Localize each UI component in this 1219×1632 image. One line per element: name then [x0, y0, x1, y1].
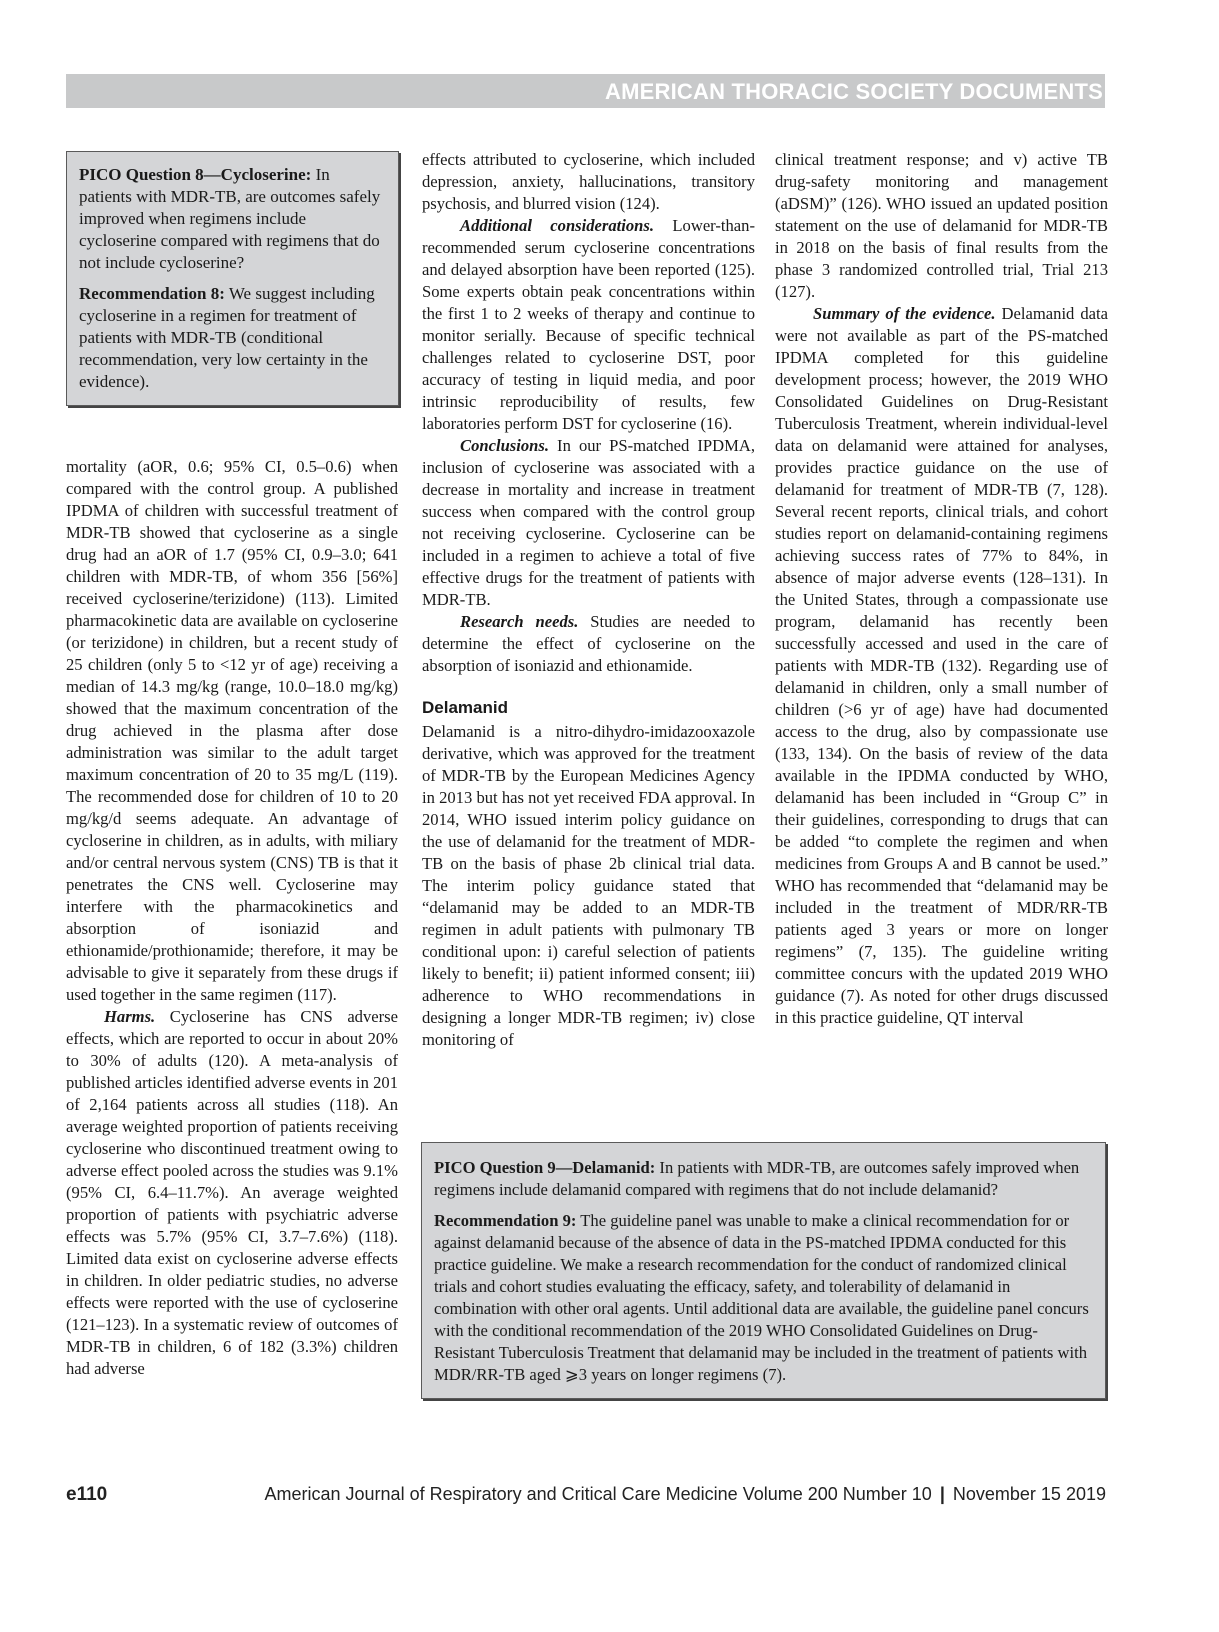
- research-needs-paragraph: Research needs. Studies are needed to de…: [422, 611, 755, 677]
- col1-paragraph-1: mortality (aOR, 0.6; 95% CI, 0.5–0.6) wh…: [66, 456, 398, 1006]
- harms-paragraph: Harms. Cycloserine has CNS adverse effec…: [66, 1006, 398, 1380]
- journal-name: American Journal of Respiratory and Crit…: [265, 1484, 932, 1504]
- column-1: mortality (aOR, 0.6; 95% CI, 0.5–0.6) wh…: [66, 456, 398, 1380]
- harms-text: Cycloserine has CNS adverse effects, whi…: [66, 1007, 398, 1378]
- recommendation-8: Recommendation 8: We suggest including c…: [79, 283, 386, 393]
- research-needs-heading: Research needs.: [460, 612, 578, 631]
- additional-considerations-text: Lower-than-recommended serum cycloserine…: [422, 216, 755, 433]
- issue-date: November 15 2019: [953, 1484, 1106, 1504]
- recommendation-9-label: Recommendation 9:: [434, 1211, 576, 1230]
- column-3: clinical treatment response; and v) acti…: [775, 149, 1108, 1029]
- summary-evidence-paragraph: Summary of the evidence. Delamanid data …: [775, 303, 1108, 1029]
- section-heading-delamanid: Delamanid: [422, 697, 755, 719]
- conclusions-text: In our PS-matched IPDMA, inclusion of cy…: [422, 436, 755, 609]
- recommendation-9: Recommendation 9: The guideline panel wa…: [434, 1210, 1093, 1386]
- additional-considerations-heading: Additional considerations.: [460, 216, 654, 235]
- column-2: effects attributed to cycloserine, which…: [422, 149, 755, 1051]
- running-header-bar: AMERICAN THORACIC SOCIETY DOCUMENTS: [66, 74, 1105, 108]
- harms-heading: Harms.: [104, 1007, 155, 1026]
- summary-evidence-heading: Summary of the evidence.: [813, 304, 996, 323]
- delamanid-intro-paragraph: Delamanid is a nitro-dihydro-imidazooxaz…: [422, 721, 755, 1051]
- pico-question-9-box: PICO Question 9—Delamanid: In patients w…: [421, 1142, 1106, 1399]
- conclusions-paragraph: Conclusions. In our PS-matched IPDMA, in…: [422, 435, 755, 611]
- summary-evidence-text: Delamanid data were not available as par…: [775, 304, 1108, 1027]
- footer-separator: |: [937, 1484, 948, 1504]
- recommendation-9-text: The guideline panel was unable to make a…: [434, 1211, 1089, 1384]
- pico-9-question: PICO Question 9—Delamanid: In patients w…: [434, 1157, 1093, 1201]
- conclusions-heading: Conclusions.: [460, 436, 549, 455]
- pico-8-question-label: PICO Question 8—Cycloserine:: [79, 165, 311, 184]
- col3-paragraph-1: clinical treatment response; and v) acti…: [775, 149, 1108, 303]
- journal-citation: American Journal of Respiratory and Crit…: [265, 1484, 1107, 1505]
- pico-9-question-label: PICO Question 9—Delamanid:: [434, 1158, 655, 1177]
- pico-8-question: PICO Question 8—Cycloserine: In patients…: [79, 164, 386, 274]
- pico-question-8-box: PICO Question 8—Cycloserine: In patients…: [66, 151, 399, 406]
- additional-considerations-paragraph: Additional considerations. Lower-than-re…: [422, 215, 755, 435]
- running-header-title: AMERICAN THORACIC SOCIETY DOCUMENTS: [605, 79, 1103, 105]
- recommendation-8-label: Recommendation 8:: [79, 284, 225, 303]
- page-number: e110: [66, 1484, 107, 1506]
- col2-paragraph-1: effects attributed to cycloserine, which…: [422, 149, 755, 215]
